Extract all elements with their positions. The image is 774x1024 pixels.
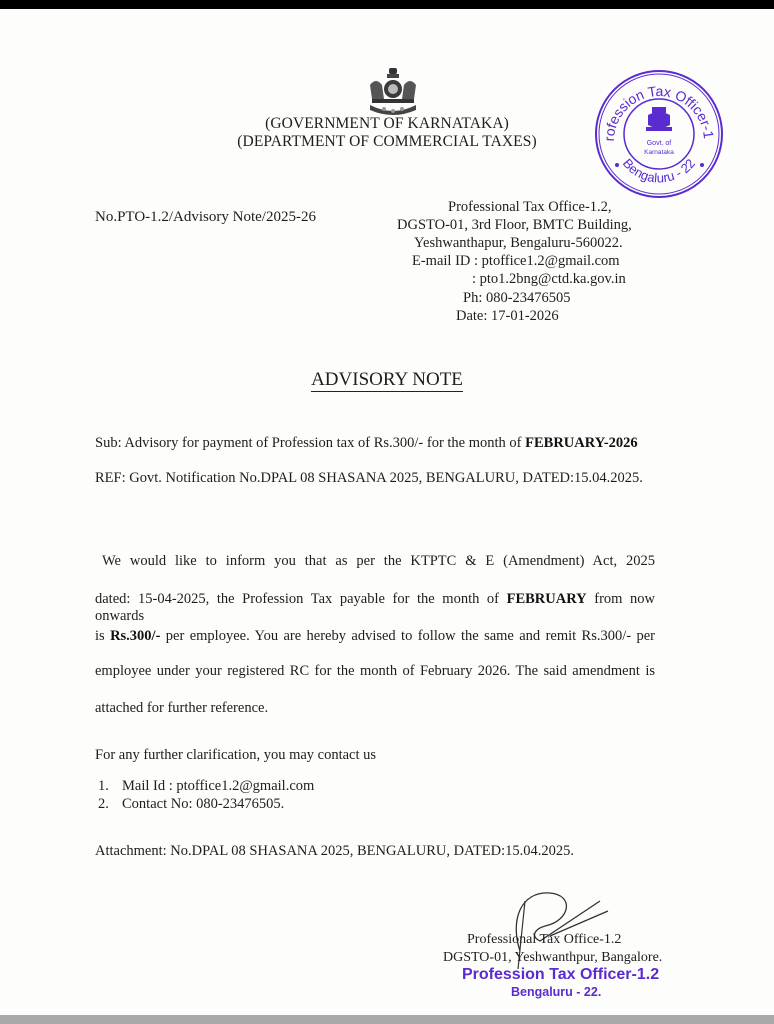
officer-stamp-line-1: Profession Tax Officer-1.2 [462, 966, 659, 984]
bottom-edge-bar [0, 1015, 774, 1024]
attachment-line: Attachment: No.DPAL 08 SHASANA 2025, BEN… [95, 843, 574, 860]
svg-text:Bengaluru - 22: Bengaluru - 22 [620, 156, 698, 186]
document-page: (GOVERNMENT OF KARNATAKA) (DEPARTMENT OF… [0, 9, 774, 1015]
contact-email[interactable]: Mail Id : ptoffice1.2@gmail.com [122, 778, 314, 794]
contact-intro: For any further clarification, you may c… [95, 747, 376, 764]
signatory-office: Professional Tax Office-1.2 [467, 932, 621, 948]
subject-month: FEBRUARY-2026 [525, 435, 638, 451]
body-line-4: employee under your registered RC for th… [95, 663, 655, 680]
karnataka-state-emblem-icon [362, 67, 424, 117]
email-label: E-mail ID : [412, 253, 482, 269]
body-line-2: dated: 15-04-2025, the Profession Tax pa… [95, 591, 655, 625]
email-secondary[interactable]: : pto1.2bng@ctd.ka.gov.in [472, 271, 626, 288]
page-title: ADVISORY NOTE [0, 369, 774, 391]
officer-stamp-line-2: Bengaluru - 22. [511, 985, 601, 999]
subject-line: Sub: Advisory for payment of Profession … [95, 435, 638, 452]
email-primary[interactable]: ptoffice1.2@gmail.com [482, 253, 620, 269]
body-line-5: attached for further reference. [95, 700, 655, 717]
svg-text:Karnataka: Karnataka [644, 149, 674, 156]
svg-text:Govt. of: Govt. of [647, 140, 672, 147]
email-row: E-mail ID : ptoffice1.2@gmail.com [412, 253, 620, 270]
contact-item: 2.Contact No: 080-23476505. [98, 796, 284, 813]
address-line-1: Professional Tax Office-1.2, [448, 199, 612, 216]
reference-line: REF: Govt. Notification No.DPAL 08 SHASA… [95, 470, 643, 487]
contact-item: 1.Mail Id : ptoffice1.2@gmail.com [98, 778, 314, 795]
document-date: Date: 17-01-2026 [456, 308, 559, 325]
office-seal-icon: Profession Tax Officer-1.2 Bengaluru - 2… [592, 67, 726, 201]
contact-phone: Contact No: 080-23476505. [122, 796, 284, 812]
address-line-2: DGSTO-01, 3rd Floor, BMTC Building, [397, 217, 632, 234]
office-phone: Ph: 080-23476505 [463, 290, 571, 307]
address-line-3: Yeshwanthapur, Bengaluru-560022. [414, 235, 623, 252]
signatory-address: DGSTO-01, Yeshwanthpur, Bangalore. [443, 950, 662, 966]
body-line-1: We would like to inform you that as per … [102, 553, 655, 570]
reference-number: No.PTO-1.2/Advisory Note/2025-26 [95, 209, 316, 226]
body-line-3: is Rs.300/- per employee. You are hereby… [95, 628, 655, 645]
